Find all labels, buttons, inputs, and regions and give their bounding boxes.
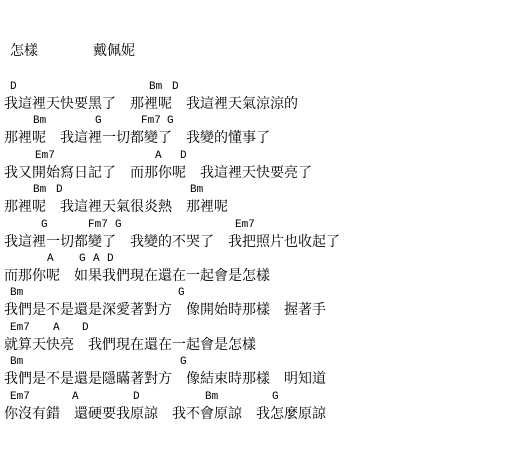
chord-label: Em7 bbox=[10, 322, 30, 335]
song-line: A G A D 而那你呢 如果我們現在還在一起會是怎樣 bbox=[0, 253, 512, 287]
chord-label: Fm7 bbox=[141, 115, 161, 128]
song-title: 怎樣 bbox=[10, 43, 38, 58]
chord-label: Em7 bbox=[235, 219, 255, 232]
lyric-line: 我們是不是還是隱瞞著對方 像結束時那樣 明知道 bbox=[4, 370, 326, 387]
lyric-line: 就算天快亮 我們現在還在一起會是怎樣 bbox=[4, 336, 256, 353]
chord-label: G bbox=[167, 115, 174, 128]
song-header: 怎樣 戴佩妮 bbox=[0, 43, 512, 59]
chord-label: D bbox=[10, 81, 17, 94]
chord-label: D bbox=[82, 322, 89, 335]
chord-label: Fm7 bbox=[88, 219, 108, 232]
chord-label: D bbox=[56, 184, 63, 197]
song-line: Bm G 我們是不是還是隱瞞著對方 像結束時那樣 明知道 bbox=[0, 356, 512, 390]
chord-label: D bbox=[107, 253, 114, 266]
chord-label: A bbox=[53, 322, 60, 335]
chord-label: Bm bbox=[10, 356, 23, 369]
chord-label: G bbox=[180, 356, 187, 369]
chord-label: D bbox=[133, 391, 140, 404]
song-line: Em7 A D 就算天快亮 我們現在還在一起會是怎樣 bbox=[0, 322, 512, 356]
chord-label: G bbox=[178, 287, 185, 300]
chord-sheet-page: { "page": { "background": "#ffffff", "te… bbox=[0, 0, 512, 466]
chord-label: A bbox=[155, 150, 162, 163]
chord-label: Bm bbox=[33, 184, 46, 197]
chord-label: G bbox=[79, 253, 86, 266]
chord-label: Bm bbox=[149, 81, 162, 94]
chord-label: Bm bbox=[190, 184, 203, 197]
song-line: G Fm7 G Em7 我這裡一切都變了 我變的不哭了 我把照片也收起了 bbox=[0, 219, 512, 253]
lyric-line: 我們是不是還是深愛著對方 像開始時那樣 握著手 bbox=[4, 301, 326, 318]
chord-label: A bbox=[47, 253, 54, 266]
song-line: Em7 A D Bm G 你沒有錯 還硬要我原諒 我不會原諒 我怎麼原諒 bbox=[0, 391, 512, 425]
lyric-line: 那裡呢 我這裡一切都變了 我變的懂事了 bbox=[4, 129, 270, 146]
chord-label: G bbox=[272, 391, 279, 404]
song-line: Em7 A D 我又開始寫日記了 而那你呢 我這裡天快要亮了 bbox=[0, 150, 512, 184]
lyric-line: 我這裡天快要黑了 那裡呢 我這裡天氣涼涼的 bbox=[4, 95, 298, 112]
chord-label: Em7 bbox=[10, 391, 30, 404]
song-line: D Bm D 我這裡天快要黑了 那裡呢 我這裡天氣涼涼的 bbox=[0, 81, 512, 115]
chord-label: A bbox=[72, 391, 79, 404]
lyric-line: 我又開始寫日記了 而那你呢 我這裡天快要亮了 bbox=[4, 164, 312, 181]
lyric-line: 那裡呢 我這裡天氣很炎熱 那裡呢 bbox=[4, 198, 228, 215]
song-line: Bm G 我們是不是還是深愛著對方 像開始時那樣 握著手 bbox=[0, 287, 512, 321]
chord-label: G bbox=[115, 219, 122, 232]
song-artist: 戴佩妮 bbox=[93, 43, 135, 58]
song-body: D Bm D 我這裡天快要黑了 那裡呢 我這裡天氣涼涼的 Bm G Fm7 G … bbox=[0, 81, 512, 425]
chord-label: Bm bbox=[33, 115, 46, 128]
chord-label: D bbox=[180, 150, 187, 163]
chord-label: G bbox=[95, 115, 102, 128]
lyric-line: 而那你呢 如果我們現在還在一起會是怎樣 bbox=[4, 267, 270, 284]
chord-label: Bm bbox=[205, 391, 218, 404]
lyric-line: 我這裡一切都變了 我變的不哭了 我把照片也收起了 bbox=[4, 233, 340, 250]
song-line: Bm D Bm 那裡呢 我這裡天氣很炎熱 那裡呢 bbox=[0, 184, 512, 218]
chord-label: A bbox=[93, 253, 100, 266]
chord-label: Bm bbox=[10, 287, 23, 300]
chord-label: Em7 bbox=[35, 150, 55, 163]
chord-label: D bbox=[172, 81, 179, 94]
lyric-line: 你沒有錯 還硬要我原諒 我不會原諒 我怎麼原諒 bbox=[4, 405, 326, 422]
chord-label: G bbox=[41, 219, 48, 232]
song-line: Bm G Fm7 G 那裡呢 我這裡一切都變了 我變的懂事了 bbox=[0, 115, 512, 149]
